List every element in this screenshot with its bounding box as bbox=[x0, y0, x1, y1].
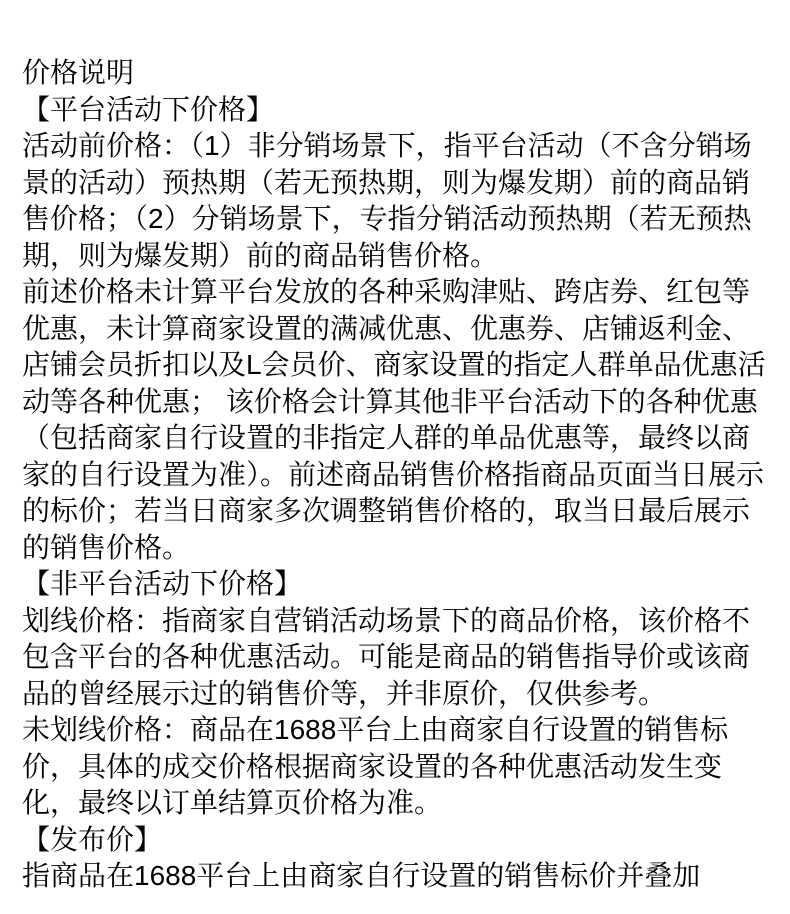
price-description-document: 价格说明 【平台活动下价格】 活动前价格：（1）非分销场景下，指平台活动（不含分… bbox=[22, 55, 770, 895]
paragraph-strikethrough-price: 划线价格：指商家自营销活动场景下的商品价格，该价格不包含平台的各种优惠活动。可能… bbox=[22, 603, 770, 713]
section-heading-non-platform-activity-price: 【非平台活动下价格】 bbox=[22, 566, 770, 603]
section-heading-publish-price: 【发布价】 bbox=[22, 822, 770, 859]
section-heading-platform-activity-price: 【平台活动下价格】 bbox=[22, 92, 770, 129]
paragraph-price-calculation-scope: 前述价格未计算平台发放的各种采购津贴、跨店券、红包等优惠，未计算商家设置的满减优… bbox=[22, 274, 770, 566]
paragraph-pre-activity-price: 活动前价格：（1）非分销场景下，指平台活动（不含分销场景的活动）预热期（若无预热… bbox=[22, 128, 770, 274]
paragraph-non-strikethrough-price: 未划线价格：商品在1688平台上由商家自行设置的销售标价，具体的成交价格根据商家… bbox=[22, 712, 770, 822]
paragraph-publish-price-truncated: 指商品在1688平台上由商家自行设置的销售标价并叠加 bbox=[22, 858, 770, 895]
price-description-page: 价格说明 【平台活动下价格】 活动前价格：（1）非分销场景下，指平台活动（不含分… bbox=[0, 0, 790, 914]
page-title: 价格说明 bbox=[22, 55, 770, 92]
